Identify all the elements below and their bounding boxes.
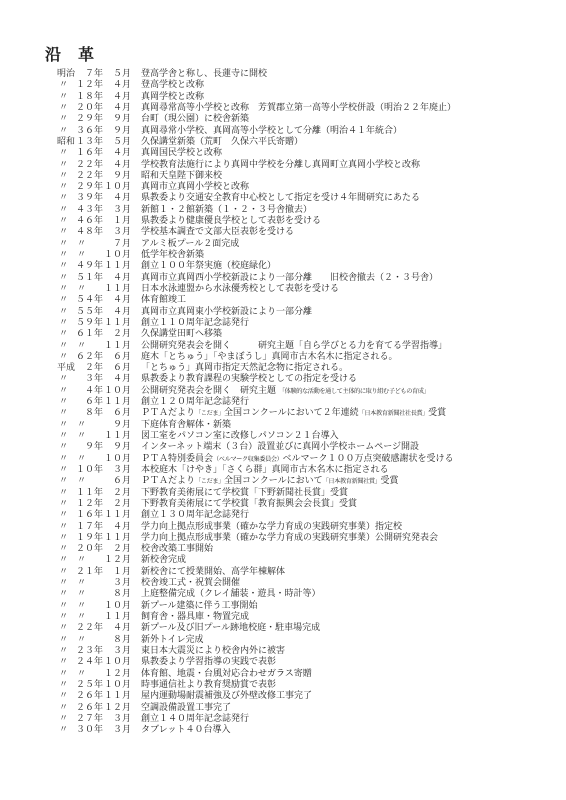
description-cell: 台町（現公園）に校舎新築 xyxy=(131,114,557,125)
page-title: 沿 革 xyxy=(45,42,95,65)
era-cell: 〃 xyxy=(57,216,76,227)
era-cell: 〃 xyxy=(57,465,76,476)
month-cell: ９月 xyxy=(103,114,131,125)
history-row: 〃１６年４月真岡国民学校と改称 xyxy=(57,148,557,159)
year-cell: 〃 xyxy=(76,578,103,589)
year-cell: ６２年 xyxy=(76,352,103,363)
description-text: 真岡市立真岡小学校と改称 xyxy=(141,182,249,192)
description-cell: 真岡市立真岡小学校と改称 xyxy=(131,182,557,193)
year-cell: ２２年 xyxy=(76,623,103,634)
description-small-text: （ベルマーク収集委員会） xyxy=(213,456,282,463)
description-text: 県教委より教育課程の実験学校としての指定を受ける xyxy=(141,374,357,384)
description-text: ＰＴＡだより xyxy=(141,476,195,486)
year-cell: １３年 xyxy=(76,137,103,148)
month-cell: １１月 xyxy=(103,397,131,408)
era-cell: 明治 xyxy=(57,69,76,80)
month-cell: ８月 xyxy=(103,635,131,646)
description-cell: 創立１３０周年記念誌発行 xyxy=(131,510,557,521)
description-small-text: 「日本教育新聞社賞」 xyxy=(323,478,381,485)
history-row: 〃２５年１０月時事通信社より教育奨励賞で表彰 xyxy=(57,680,557,691)
history-row: 〃６２年６月庭木「とちゅう」「やまぼうし」真岡市古木名木に指定される。 xyxy=(57,352,557,363)
description-text: ベルマーク１００万点突破感謝状を受ける xyxy=(282,454,453,464)
month-cell: ８月 xyxy=(103,589,131,600)
month-cell: ４月 xyxy=(103,193,131,204)
description-text: 昭和天皇陛下御来校 xyxy=(141,171,222,181)
year-cell: ２４年 xyxy=(76,657,103,668)
year-cell: １１年 xyxy=(76,488,103,499)
description-cell: 空調設備設置工事完了 xyxy=(131,703,557,714)
era-cell: 〃 xyxy=(57,261,76,272)
year-cell: １２年 xyxy=(76,80,103,91)
history-row: 〃１７年４月学力向上拠点形成事業（確かな学力育成の実践研究事業）指定校 xyxy=(57,522,557,533)
year-cell: ２６年 xyxy=(76,691,103,702)
month-cell: １１月 xyxy=(103,284,131,295)
history-row: 〃２３年３月東日本大震災により校舎内外に被害 xyxy=(57,646,557,657)
month-cell: ４月 xyxy=(103,92,131,103)
description-cell: 下野教育美術展にて学校賞「教育振興会会長賞」受賞 xyxy=(131,499,557,510)
description-cell: 久保講堂新築（荒町 久保六平氏寄贈） xyxy=(131,137,557,148)
year-cell: ２２年 xyxy=(76,160,103,171)
description-text: 体育館竣工 xyxy=(141,295,186,305)
month-cell: ３月 xyxy=(103,725,131,736)
description-cell: 時事通信社より教育奨励賞で表彰 xyxy=(131,680,557,691)
era-cell: 〃 xyxy=(57,567,76,578)
year-cell: ５４年 xyxy=(76,295,103,306)
month-cell: １２月 xyxy=(103,555,131,566)
description-text: インターネット端末（３台）設置並びに真岡小学校ホームページ開設 xyxy=(141,442,419,452)
description-text: 日本水泳連盟から水泳優秀校として表彰を受ける xyxy=(141,284,339,294)
year-cell: ５１年 xyxy=(76,273,103,284)
history-row: 〃４３年３月新館１・２館新築（１・２・３号舎撤去） xyxy=(57,205,557,216)
description-cell: 下庭体育舎解体・新築 xyxy=(131,420,557,431)
description-cell: 本校庭木「けやき」「さくら群」真岡市古木名木に指定される xyxy=(131,465,557,476)
description-text: 低学年校舎新築 xyxy=(141,250,204,260)
history-row: 〃３０年３月タブレット４０台導入 xyxy=(57,725,557,736)
month-cell: ４月 xyxy=(103,80,131,91)
school-history-document: 沿 革 明治７年５月登高学舎と称し、長蓮寺に開校〃１２年４月登高学校と改称〃１８… xyxy=(0,0,566,800)
history-row: 〃５５年４月真岡市立真岡東小学校新設により一部分離 xyxy=(57,307,557,318)
description-cell: 昭和天皇陛下御来校 xyxy=(131,171,557,182)
month-cell: ４月 xyxy=(103,273,131,284)
era-cell: 〃 xyxy=(57,510,76,521)
description-cell: 登高学校と改称 xyxy=(131,80,557,91)
history-row: 〃〃１１月図工室をパソコン室に改修しパソコン２１台導入 xyxy=(57,431,557,442)
history-row: 平成２年６月「とちゅう」真岡市指定天然記念物に指定される。 xyxy=(57,363,557,374)
description-cell: 真岡市立真岡東小学校新設により一部分離 xyxy=(131,307,557,318)
history-row: 〃４６年１月県教委より健康優良学校として表彰を受ける xyxy=(57,216,557,227)
year-cell: 〃 xyxy=(76,555,103,566)
era-cell: 〃 xyxy=(57,420,76,431)
description-text: 学力向上拠点形成事業（確かな学力育成の実践研究事業）公開研究発表会 xyxy=(141,533,438,543)
era-cell: 〃 xyxy=(57,205,76,216)
description-text: 飼育舎・器具庫・物置完成 xyxy=(141,612,249,622)
era-cell: 〃 xyxy=(57,227,76,238)
description-cell: 新外トイレ完成 xyxy=(131,635,557,646)
description-cell: ＰＴＡだより「こだま」全国コンクールにおいて「日本教育新聞社賞」受賞 xyxy=(131,476,557,487)
description-text: 県教委より交通安全教育中心校として指定を受け４年間研究にあたる xyxy=(141,193,420,203)
description-text: 創立１３０周年記念誌発行 xyxy=(141,510,249,520)
description-cell: ＰＴＡだより「こだま」全国コンクールにおいて２年連続「日本教育新聞社社長賞」受賞 xyxy=(131,408,557,419)
history-row: 〃８年６月ＰＴＡだより「こだま」全国コンクールにおいて２年連続「日本教育新聞社社… xyxy=(57,408,557,419)
era-cell: 〃 xyxy=(57,329,76,340)
description-cell: 東日本大震災により校舎内外に被害 xyxy=(131,646,557,657)
month-cell: ９月 xyxy=(103,126,131,137)
history-row: 〃〃１０月新プール建築に伴う工事開始 xyxy=(57,601,557,612)
history-row: 〃２０年４月真岡尋常高等小学校と改称 芳賀郡立第一高等小学校併設（明治２２年廃止… xyxy=(57,103,557,114)
month-cell: ３月 xyxy=(103,714,131,725)
month-cell: １０月 xyxy=(103,454,131,465)
history-row: 〃４９年１１月創立１００年祭実施（校庭緑化） xyxy=(57,261,557,272)
year-cell: ３年 xyxy=(76,374,103,385)
description-text: 県教委より学習指導の実践で表彰 xyxy=(141,657,276,667)
description-text: 台町（現公園）に校舎新築 xyxy=(141,114,249,124)
year-cell: ２９年 xyxy=(76,114,103,125)
description-text: 全国コンクールにおいて xyxy=(224,476,323,486)
description-text: ＰＴＡ特別委員会 xyxy=(141,454,213,464)
month-cell: １０月 xyxy=(103,680,131,691)
era-cell: 〃 xyxy=(57,533,76,544)
month-cell: １２月 xyxy=(103,669,131,680)
description-cell: 飼育舎・器具庫・物置完成 xyxy=(131,612,557,623)
description-text: 時事通信社より教育奨励賞で表彰 xyxy=(141,680,276,690)
era-cell: 〃 xyxy=(57,669,76,680)
description-cell: 創立１２０周年記念誌発行 xyxy=(131,397,557,408)
description-text: 全国コンクールにおいて２年連続 xyxy=(224,408,359,418)
description-cell: 新館１・２館新築（１・２・３号舎撤去） xyxy=(131,205,557,216)
month-cell: １１月 xyxy=(103,510,131,521)
description-text: 新校舎完成 xyxy=(141,555,186,565)
year-cell: 〃 xyxy=(76,589,103,600)
year-cell: ６年 xyxy=(76,397,103,408)
era-cell: 〃 xyxy=(57,250,76,261)
month-cell: ７月 xyxy=(103,239,131,250)
description-cell: 真岡尋常高等小学校と改称 芳賀郡立第一高等小学校併設（明治２２年廃止） xyxy=(131,103,557,114)
description-text: 新館１・２館新築（１・２・３号舎撤去） xyxy=(141,205,312,215)
year-cell: ５９年 xyxy=(76,318,103,329)
history-row: 〃〃８月上庭整備完成（クレイ舗装・遊具・時計等） xyxy=(57,589,557,600)
year-cell: 〃 xyxy=(76,239,103,250)
history-row: 〃２４年１０月県教委より学習指導の実践で表彰 xyxy=(57,657,557,668)
description-small-text: 「こだま」 xyxy=(195,478,224,485)
description-cell: 真岡市立真岡西小学校新設により一部分離 旧校舎撤去（２・３号舎） xyxy=(131,273,557,284)
year-cell: １８年 xyxy=(76,92,103,103)
year-cell: ３０年 xyxy=(76,725,103,736)
month-cell: ３月 xyxy=(103,578,131,589)
month-cell: １０月 xyxy=(103,250,131,261)
year-cell: １７年 xyxy=(76,522,103,533)
era-cell: 〃 xyxy=(57,284,76,295)
history-row: 〃６年１１月創立１２０周年記念誌発行 xyxy=(57,397,557,408)
era-cell: 〃 xyxy=(57,442,76,453)
history-row: 〃１９年１１月学力向上拠点形成事業（確かな学力育成の実践研究事業）公開研究発表会 xyxy=(57,533,557,544)
history-row: 〃２９年１０月真岡市立真岡小学校と改称 xyxy=(57,182,557,193)
era-cell: 〃 xyxy=(57,408,76,419)
year-cell: ９年 xyxy=(76,442,103,453)
description-text: 創立１００年祭実施（校庭緑化） xyxy=(141,261,276,271)
history-row: 〃２６年１１月屋内運動場耐震補強及び外壁改修工事完了 xyxy=(57,691,557,702)
description-text: 真岡尋常高等小学校と改称 芳賀郡立第一高等小学校併設（明治２２年廃止） xyxy=(141,103,456,113)
history-row: 〃２６年１２月空調設備設置工事完了 xyxy=(57,703,557,714)
description-text: 登高学校と改称 xyxy=(141,80,204,90)
era-cell: 〃 xyxy=(57,555,76,566)
description-cell: 低学年校舎新築 xyxy=(131,250,557,261)
description-text: 体育館、地震・台風対応合わせガラス寄贈 xyxy=(141,669,312,679)
history-row: 〃〃１１月日本水泳連盟から水泳優秀校として表彰を受ける xyxy=(57,284,557,295)
description-cell: 日本水泳連盟から水泳優秀校として表彰を受ける xyxy=(131,284,557,295)
description-text: 真岡市立真岡東小学校新設により一部分離 xyxy=(141,307,312,317)
history-list: 明治７年５月登高学舎と称し、長蓮寺に開校〃１２年４月登高学校と改称〃１８年４月真… xyxy=(57,69,557,736)
history-row: 〃５９年１１月創立１１０周年記念誌発行 xyxy=(57,318,557,329)
year-cell: ４６年 xyxy=(76,216,103,227)
month-cell: ６月 xyxy=(103,476,131,487)
history-row: 〃３９年４月県教委より交通安全教育中心校として指定を受け４年間研究にあたる xyxy=(57,193,557,204)
era-cell: 〃 xyxy=(57,612,76,623)
month-cell: １月 xyxy=(103,216,131,227)
history-row: 〃〃９月下庭体育舎解体・新築 xyxy=(57,420,557,431)
history-row: 〃〃１１月公開研究発表会を開く 研究主題「自ら学びとる力を育てる学習指導」 xyxy=(57,341,557,352)
month-cell: ９月 xyxy=(103,442,131,453)
month-cell: ４月 xyxy=(103,148,131,159)
month-cell: ４月 xyxy=(103,307,131,318)
year-cell: 〃 xyxy=(76,431,103,442)
description-text: 久保講堂新築（荒町 久保六平氏寄贈） xyxy=(141,137,303,147)
year-cell: １０年 xyxy=(76,465,103,476)
year-cell: ４３年 xyxy=(76,205,103,216)
year-cell: １２年 xyxy=(76,499,103,510)
month-cell: １０月 xyxy=(103,182,131,193)
month-cell: ４月 xyxy=(103,522,131,533)
era-cell: 〃 xyxy=(57,657,76,668)
year-cell: ４年 xyxy=(76,386,103,397)
description-cell: 新プール及び旧プール跡地校庭・駐車場完成 xyxy=(131,623,557,634)
year-cell: ２９年 xyxy=(76,182,103,193)
year-cell: ２７年 xyxy=(76,714,103,725)
year-cell: ２５年 xyxy=(76,680,103,691)
year-cell: 〃 xyxy=(76,420,103,431)
description-cell: ＰＴＡ特別委員会（ベルマーク収集委員会）ベルマーク１００万点突破感謝状を受ける xyxy=(131,454,557,465)
description-text: 公開研究発表会を開く 研究主題「自ら学びとる力を育てる学習指導」 xyxy=(141,341,447,351)
month-cell: ４月 xyxy=(103,295,131,306)
era-cell: 〃 xyxy=(57,374,76,385)
year-cell: １６年 xyxy=(76,148,103,159)
year-cell: ２年 xyxy=(76,363,103,374)
description-text: 庭木「とちゅう」「やまぼうし」真岡市古木名木に指定される。 xyxy=(141,352,398,362)
description-text: 学力向上拠点形成事業（確かな学力育成の実践研究事業）指定校 xyxy=(141,522,402,532)
description-text: タブレット４０台導入 xyxy=(141,725,231,735)
description-text: 新プール及び旧プール跡地校庭・駐車場完成 xyxy=(141,623,320,633)
era-cell: 〃 xyxy=(57,725,76,736)
era-cell: 〃 xyxy=(57,691,76,702)
description-cell: 新校舎完成 xyxy=(131,555,557,566)
era-cell: 〃 xyxy=(57,341,76,352)
year-cell: 〃 xyxy=(76,601,103,612)
month-cell: １２月 xyxy=(103,703,131,714)
description-text: 「とちゅう」真岡市指定天然記念物に指定される。 xyxy=(141,363,348,373)
year-cell: １９年 xyxy=(76,533,103,544)
description-cell: 学力向上拠点形成事業（確かな学力育成の実践研究事業）指定校 xyxy=(131,522,557,533)
history-row: 〃〃７月アルミ板プール２面完成 xyxy=(57,239,557,250)
year-cell: ４９年 xyxy=(76,261,103,272)
year-cell: ２０年 xyxy=(76,103,103,114)
description-text: 図工室をパソコン室に改修しパソコン２１台導入 xyxy=(141,431,339,441)
description-cell: インターネット端末（３台）設置並びに真岡小学校ホームページ開設 xyxy=(131,442,557,453)
era-cell: 〃 xyxy=(57,126,76,137)
month-cell: １０月 xyxy=(103,657,131,668)
description-text: 新プール建築に伴う工事開始 xyxy=(141,601,258,611)
era-cell: 〃 xyxy=(57,386,76,397)
era-cell: 〃 xyxy=(57,148,76,159)
history-row: 明治７年５月登高学舎と称し、長蓮寺に開校 xyxy=(57,69,557,80)
description-text: 真岡市立真岡西小学校新設により一部分離 旧校舎撤去（２・３号舎） xyxy=(141,273,438,283)
description-text: 公開研究発表会を開く 研究主題 xyxy=(141,386,279,396)
year-cell: ２１年 xyxy=(76,567,103,578)
year-cell: ２０年 xyxy=(76,544,103,555)
description-cell: 図工室をパソコン室に改修しパソコン２１台導入 xyxy=(131,431,557,442)
month-cell: ３月 xyxy=(103,205,131,216)
year-cell: 〃 xyxy=(76,635,103,646)
history-row: 〃〃１２月新校舎完成 xyxy=(57,555,557,566)
era-cell: 〃 xyxy=(57,623,76,634)
year-cell: 〃 xyxy=(76,612,103,623)
description-cell: 公開研究発表会を開く 研究主題「自ら学びとる力を育てる学習指導」 xyxy=(131,341,557,352)
description-small-text: 「日本教育新聞社社長賞」 xyxy=(359,410,428,417)
era-cell: 〃 xyxy=(57,635,76,646)
year-cell: ５５年 xyxy=(76,307,103,318)
month-cell: １１月 xyxy=(103,341,131,352)
month-cell: ６月 xyxy=(103,408,131,419)
description-cell: 創立１４０周年記念誌発行 xyxy=(131,714,557,725)
history-row: 〃３６年９月真岡尋常小学校、真岡高等小学校として分離（明治４１年統合） xyxy=(57,126,557,137)
month-cell: ２月 xyxy=(103,544,131,555)
era-cell: 〃 xyxy=(57,454,76,465)
history-row: 〃〃６月ＰＴＡだより「こだま」全国コンクールにおいて「日本教育新聞社賞」受賞 xyxy=(57,476,557,487)
era-cell: 〃 xyxy=(57,80,76,91)
description-cell: 体育館竣工 xyxy=(131,295,557,306)
history-row: 〃〃１１月飼育舎・器具庫・物置完成 xyxy=(57,612,557,623)
description-text: 創立１４０周年記念誌発行 xyxy=(141,714,249,724)
history-row: 〃９年９月インターネット端末（３台）設置並びに真岡小学校ホームページ開設 xyxy=(57,442,557,453)
description-text: 上庭整備完成（クレイ舗装・遊具・時計等） xyxy=(141,589,321,599)
year-cell: ２２年 xyxy=(76,171,103,182)
description-text: 屋内運動場耐震補強及び外壁改修工事完了 xyxy=(141,691,312,701)
month-cell: ３月 xyxy=(103,227,131,238)
era-cell: 〃 xyxy=(57,703,76,714)
month-cell: １１月 xyxy=(103,612,131,623)
description-cell: 久保講堂田町へ移築 xyxy=(131,329,557,340)
month-cell: ２月 xyxy=(103,329,131,340)
era-cell: 〃 xyxy=(57,522,76,533)
description-text: 創立１１０周年記念誌発行 xyxy=(141,318,249,328)
era-cell: 〃 xyxy=(57,171,76,182)
era-cell: 〃 xyxy=(57,578,76,589)
description-text: 登高学舎と称し、長蓮寺に開校 xyxy=(141,69,267,79)
year-cell: 〃 xyxy=(76,669,103,680)
description-cell: 真岡国民学校と改称 xyxy=(131,148,557,159)
month-cell: １１月 xyxy=(103,533,131,544)
month-cell: ２月 xyxy=(103,499,131,510)
era-cell: 〃 xyxy=(57,352,76,363)
description-cell: 県教委より教育課程の実験学校としての指定を受ける xyxy=(131,374,557,385)
era-cell: 〃 xyxy=(57,273,76,284)
history-row: 〃〃３月校舎竣工式・祝賀会開催 xyxy=(57,578,557,589)
description-text: アルミ板プール２面完成 xyxy=(141,239,239,249)
month-cell: ６月 xyxy=(103,363,131,374)
era-cell: 〃 xyxy=(57,307,76,318)
history-row: 〃１２年４月登高学校と改称 xyxy=(57,80,557,91)
era-cell: 〃 xyxy=(57,476,76,487)
month-cell: ２月 xyxy=(103,488,131,499)
history-row: 〃２１年１月新校舎にて授業開始、高学年棟解体 xyxy=(57,567,557,578)
month-cell: １１月 xyxy=(103,691,131,702)
month-cell: ４月 xyxy=(103,623,131,634)
history-row: 〃〃１０月低学年校舎新築 xyxy=(57,250,557,261)
era-cell: 〃 xyxy=(57,680,76,691)
description-text: 学校基本調査で文部大臣表彰を受ける xyxy=(141,227,294,237)
description-text: 真岡尋常小学校、真岡高等小学校として分離（明治４１年統合） xyxy=(141,126,402,136)
description-cell: 学力向上拠点形成事業（確かな学力育成の実践研究事業）公開研究発表会 xyxy=(131,533,557,544)
month-cell: ９月 xyxy=(103,171,131,182)
era-cell: 平成 xyxy=(57,363,76,374)
year-cell: ２６年 xyxy=(76,703,103,714)
year-cell: ３９年 xyxy=(76,193,103,204)
era-cell: 〃 xyxy=(57,92,76,103)
description-text: 校舎改築工事開始 xyxy=(141,544,213,554)
history-row: 〃２２年９月昭和天皇陛下御来校 xyxy=(57,171,557,182)
era-cell: 〃 xyxy=(57,193,76,204)
era-cell: 〃 xyxy=(57,318,76,329)
description-text: 真岡国民学校と改称 xyxy=(141,148,222,158)
history-row: 〃５１年４月真岡市立真岡西小学校新設により一部分離 旧校舎撤去（２・３号舎） xyxy=(57,273,557,284)
year-cell: １６年 xyxy=(76,510,103,521)
era-cell: 〃 xyxy=(57,239,76,250)
history-row: 〃１０年３月本校庭木「けやき」「さくら群」真岡市古木名木に指定される xyxy=(57,465,557,476)
description-text: 下野教育美術展にて学校賞「下野新聞社長賞」受賞 xyxy=(141,488,348,498)
year-cell: ８年 xyxy=(76,408,103,419)
month-cell: １月 xyxy=(103,567,131,578)
description-cell: 公開研究発表会を開く 研究主題 「体験的な活動を通して主体的に取り組む子どもの育… xyxy=(131,386,557,397)
description-text: 空調設備設置工事完了 xyxy=(141,703,231,713)
description-cell: 創立１００年祭実施（校庭緑化） xyxy=(131,261,557,272)
description-small-text: 「体験的な活動を通して主体的に取り組む子どもの育成」 xyxy=(279,388,429,395)
month-cell: １０月 xyxy=(103,386,131,397)
year-cell: ２３年 xyxy=(76,646,103,657)
history-row: 〃１２年２月下野教育美術展にて学校賞「教育振興会会長賞」受賞 xyxy=(57,499,557,510)
description-text: 受賞 xyxy=(428,408,446,418)
year-cell: 〃 xyxy=(76,250,103,261)
year-cell: 〃 xyxy=(76,284,103,295)
history-row: 昭和１３年５月久保講堂新築（荒町 久保六平氏寄贈） xyxy=(57,137,557,148)
month-cell: ３月 xyxy=(103,646,131,657)
description-cell: 新プール建築に伴う工事開始 xyxy=(131,601,557,612)
year-cell: ６１年 xyxy=(76,329,103,340)
description-cell: タブレット４０台導入 xyxy=(131,725,557,736)
description-text: ＰＴＡだより xyxy=(141,408,195,418)
description-cell: 創立１１０周年記念誌発行 xyxy=(131,318,557,329)
description-text: 東日本大震災により校舎内外に被害 xyxy=(141,646,285,656)
era-cell: 〃 xyxy=(57,544,76,555)
description-cell: 県教委より交通安全教育中心校として指定を受け４年間研究にあたる xyxy=(131,193,557,204)
history-row: 〃２２年４月新プール及び旧プール跡地校庭・駐車場完成 xyxy=(57,623,557,634)
era-cell: 昭和 xyxy=(57,137,76,148)
history-row: 〃１８年４月真岡学校と改称 xyxy=(57,92,557,103)
history-row: 〃２７年３月創立１４０周年記念誌発行 xyxy=(57,714,557,725)
description-cell: 体育館、地震・台風対応合わせガラス寄贈 xyxy=(131,669,557,680)
year-cell: 〃 xyxy=(76,341,103,352)
description-text: 本校庭木「けやき」「さくら群」真岡市古木名木に指定される xyxy=(141,465,389,475)
era-cell: 〃 xyxy=(57,714,76,725)
month-cell: ３月 xyxy=(103,465,131,476)
month-cell: ５月 xyxy=(103,69,131,80)
